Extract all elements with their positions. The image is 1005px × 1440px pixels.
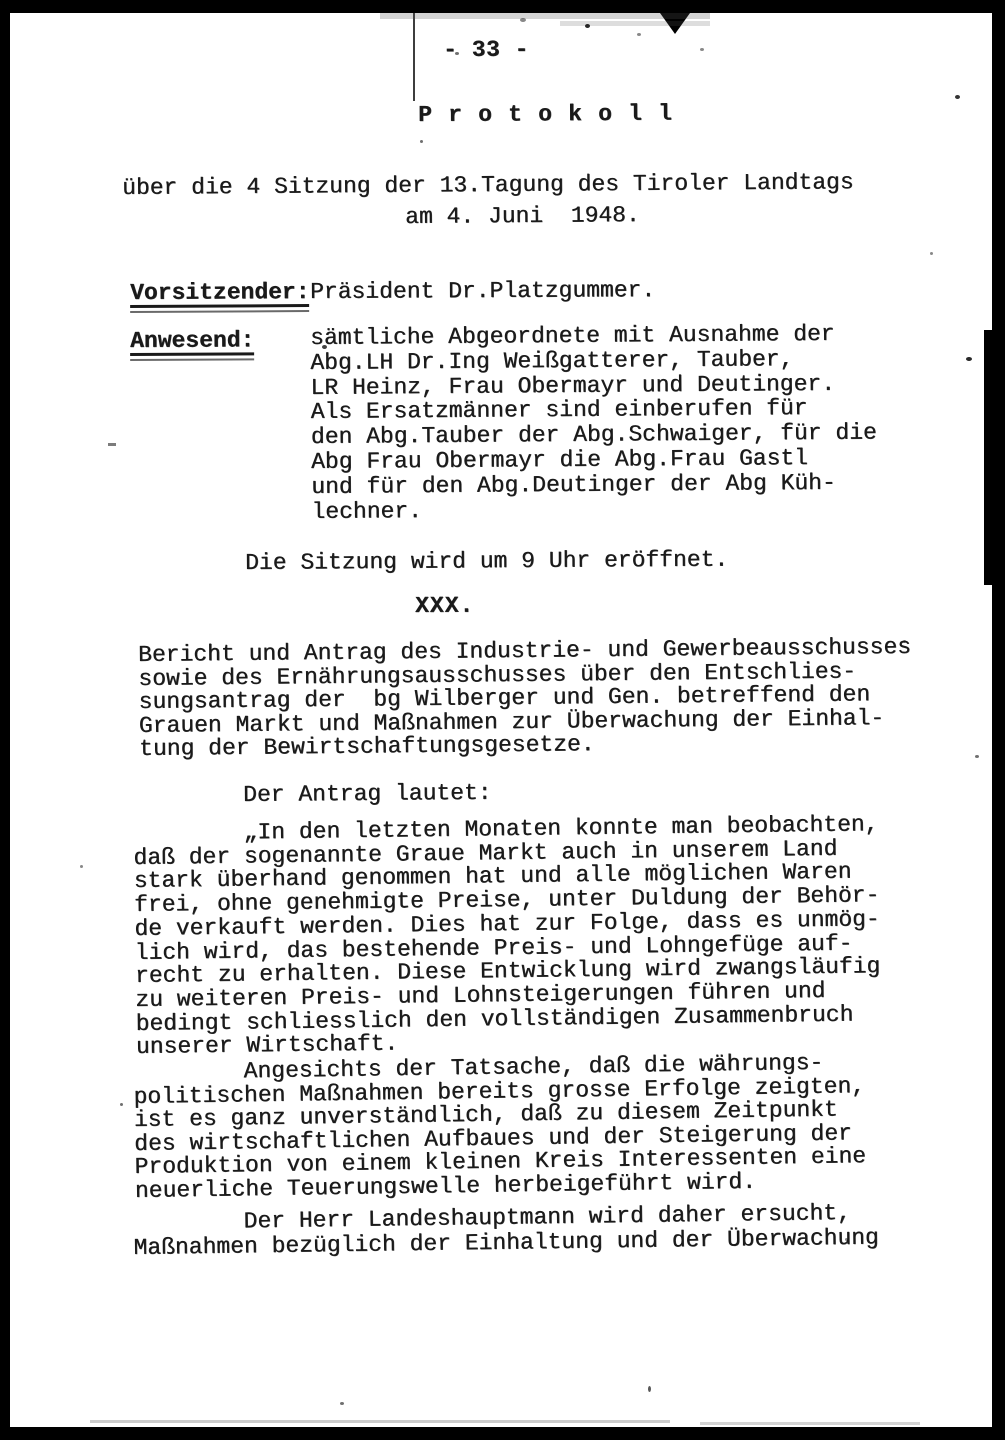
motion-intro-line: Der Antrag lautet: [243,781,492,807]
scan-speck [80,865,83,868]
session-opening-line: Die Sitzung wird um 9 Uhr eröffnet. [245,548,728,575]
agenda-item-number: XXX. [415,594,474,618]
scan-speck [648,1386,651,1392]
motion-paragraph-3: Der Herr Landeshauptmann wird daher ersu… [133,1201,879,1260]
scan-speck [420,140,423,143]
scan-smudge [700,1422,920,1425]
scan-speck [955,95,960,99]
chairman-label-text: Vorsitzender: [130,280,310,313]
scan-speck [637,33,641,36]
attendees-label: Anwesend: [130,328,254,361]
scan-speck [108,443,116,446]
document-heading: P r o t o k o l l [418,102,673,127]
scan-speck [520,18,526,22]
scanned-protocol-page: - 33 - P r o t o k o l l über die 4 Sitz… [0,0,1005,1440]
motion-paragraph-1: „In den letzten Monaten konnte man beoba… [133,813,881,1060]
scan-artifact-vertical-line [413,13,415,101]
document-title-line-1: über die 4 Sitzung der 13.Tagung des Tir… [122,170,854,200]
scan-smudge [560,21,710,26]
scan-speck [340,1402,344,1405]
motion-paragraph-2: Angesichts der Tatsache, daß die währung… [133,1051,867,1203]
scan-speck [930,252,933,255]
chairman-value: Präsident Dr.Platzgummer. [310,278,655,304]
scan-border-bottom [0,1427,1005,1440]
chairman-label: Vorsitzender: [130,280,310,313]
scan-speck [975,755,979,758]
scan-smudge [90,1420,670,1423]
scan-border-right [992,0,1005,1440]
document-title-line-2: am 4. Juni 1948. [405,203,640,229]
attendees-label-text: Anwesend: [130,328,254,361]
scan-speck [585,24,590,28]
scan-speck [966,357,972,361]
scan-border-left [0,0,10,1440]
page-number: - 33 - [443,38,529,62]
report-paragraph: Bericht und Antrag des Industrie- und Ge… [138,636,912,762]
scan-border-right-bump [984,330,1005,585]
scan-speck [120,1103,123,1106]
scan-border-top [0,0,1005,13]
scan-speck [700,48,704,51]
attendees-value: sämtliche Abgeordnete mit Ausnahme der A… [310,322,877,525]
scan-smudge [380,13,710,19]
